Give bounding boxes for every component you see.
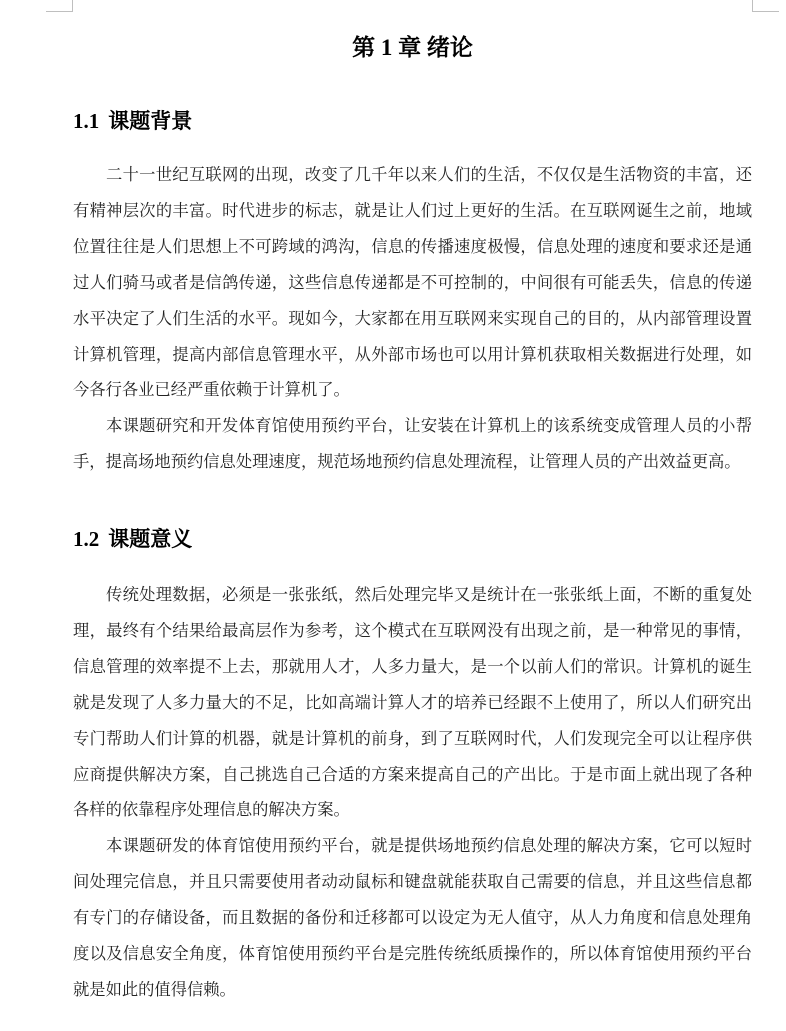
section-title: 课题意义 xyxy=(108,527,192,551)
section-heading-1-2: 1.2课题意义 xyxy=(73,524,192,554)
section-number: 1.2 xyxy=(73,527,99,551)
paragraph: 本课题研发的体育馆使用预约平台，就是提供场地预约信息处理的解决方案，它可以短时间… xyxy=(73,828,752,1008)
paragraph: 二十一世纪互联网的出现，改变了几千年以来人们的生活，不仅仅是生活物资的丰富，还有… xyxy=(73,157,752,408)
paragraph: 传统处理数据，必须是一张张纸，然后处理完毕又是统计在一张张纸上面，不断的重复处理… xyxy=(73,577,752,828)
page-corner-mark-top-left xyxy=(46,0,73,12)
section-title: 课题背景 xyxy=(108,109,192,133)
page-corner-mark-top-right xyxy=(752,0,779,12)
paragraph: 本课题研究和开发体育馆使用预约平台，让安装在计算机上的该系统变成管理人员的小帮手… xyxy=(73,408,752,480)
chapter-title: 第 1 章 绪论 xyxy=(73,32,752,64)
section-number: 1.1 xyxy=(73,109,99,133)
section-heading-1-1: 1.1课题背景 xyxy=(73,106,192,136)
